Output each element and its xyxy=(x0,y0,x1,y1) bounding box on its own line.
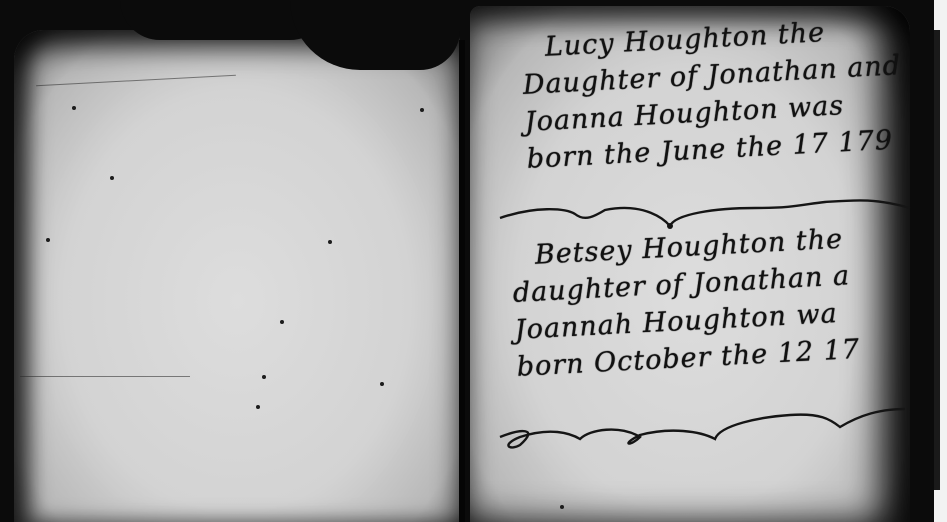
book-gutter xyxy=(459,40,465,522)
paper-crease xyxy=(20,376,190,377)
register-entry-betsey: Betsey Houghton the daughter of Jonathan… xyxy=(510,220,861,386)
register-entry-lucy: Lucy Houghton the Daughter of Jonathan a… xyxy=(520,10,906,178)
speck xyxy=(560,505,564,509)
speck xyxy=(262,375,266,379)
speck xyxy=(256,405,260,409)
left-page-blank xyxy=(14,30,460,522)
decorative-flourish xyxy=(490,405,910,455)
speck xyxy=(380,382,384,386)
page-edge xyxy=(934,0,947,522)
speck xyxy=(46,238,50,242)
speck xyxy=(110,176,114,180)
speck xyxy=(420,108,424,112)
scanned-document: Lucy Houghton the Daughter of Jonathan a… xyxy=(0,0,947,522)
speck xyxy=(72,106,76,110)
speck xyxy=(280,320,284,324)
speck xyxy=(328,240,332,244)
